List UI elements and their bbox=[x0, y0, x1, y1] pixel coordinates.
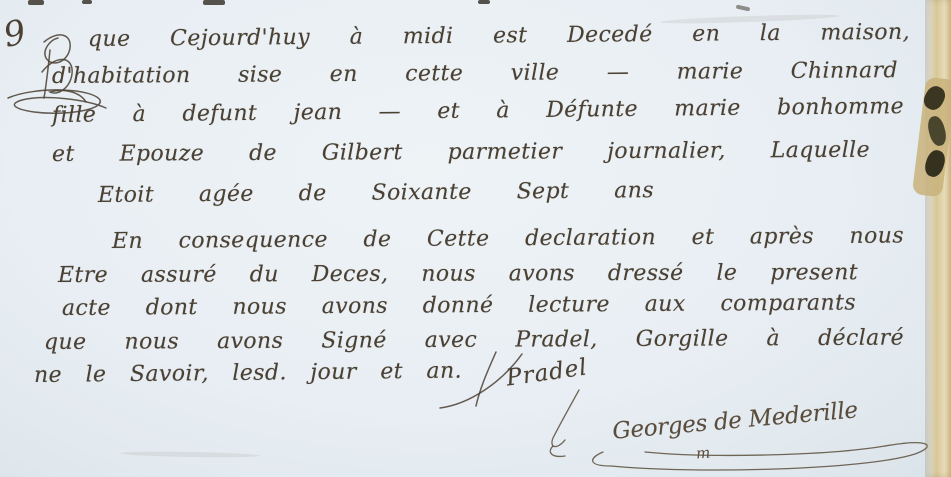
signature-underline-flourish bbox=[585, 430, 945, 475]
paper-edge-speck bbox=[736, 5, 751, 12]
manuscript-line: En consequence de Cette declaration et a… bbox=[112, 222, 904, 256]
manuscript-page: 9 que Cejourd'huy à midi est Decedé en l… bbox=[0, 0, 951, 477]
paper-edge-speck bbox=[478, 0, 490, 4]
paper-edge-speck bbox=[28, 0, 44, 5]
manuscript-line: et Epouze de Gilbert parmetier journalie… bbox=[52, 137, 870, 169]
manuscript-line: que Cejourd'huy à midi est Decedé en la … bbox=[88, 19, 910, 54]
page-edge-strip bbox=[925, 0, 951, 477]
paper-edge-speck bbox=[82, 0, 92, 4]
manuscript-line: acte dont nous avons donné lecture aux c… bbox=[62, 289, 856, 323]
manuscript-line: Etoit agée de Soixante Sept ans bbox=[98, 177, 654, 210]
manuscript-line: ne le Savoir, lesd. jour et an. bbox=[34, 358, 462, 390]
paper-edge-speck bbox=[203, 0, 225, 5]
signature-initial: m bbox=[695, 444, 710, 463]
manuscript-line: d'habitation sise en cette ville — marie… bbox=[52, 57, 898, 91]
ink-smudge bbox=[120, 451, 260, 458]
manuscript-line: fille à defunt jean — et à Défunte marie… bbox=[52, 93, 904, 130]
manuscript-line: Etre assuré du Deces, nous avons dressé … bbox=[58, 259, 858, 290]
